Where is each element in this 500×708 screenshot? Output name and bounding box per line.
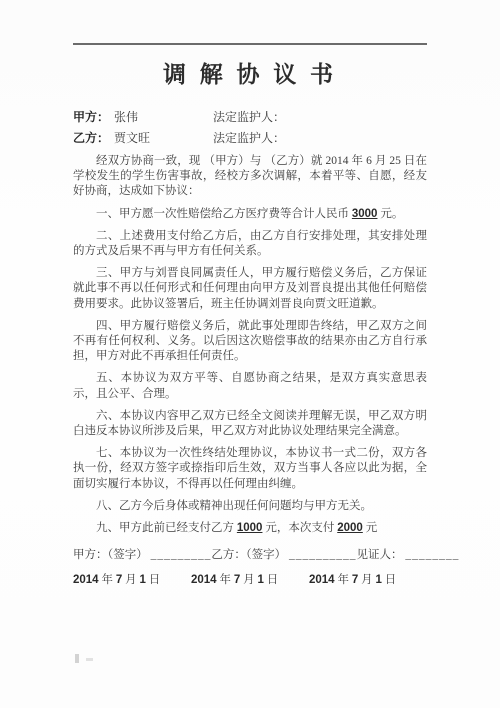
party-b-guardian-label: 法定监护人：	[213, 128, 285, 149]
sig-group-party-b: 乙方：（签字） __________	[211, 547, 356, 563]
emphasized-value: 2000	[337, 522, 363, 534]
party-a-guardian-label: 法定监护人：	[213, 107, 285, 128]
clause-paragraph: 一、甲方愿一次性赔偿给乙方医疗费等合计人民币 3000 元。	[73, 207, 427, 222]
intro-paragraph: 经双方协商一致，现 （甲方）与 （乙方）就 2014 年 6 月 25 日在学校…	[73, 154, 427, 200]
clause-paragraph: 五、本协议为双方平等、自愿协商之结果，是双方真实意思表示，且公平、合理。	[73, 371, 427, 401]
clause-text: 一、甲方愿一次性赔偿给乙方医疗费等合计人民币	[96, 208, 352, 220]
clause-paragraph: 八、乙方今后身体或精神出现任何问题均与甲方无关。	[73, 499, 427, 514]
date-text: 日	[264, 574, 278, 586]
document-content: 调 解 协 议 书 甲方：张伟 法定监护人： 乙方：贾文旺 法定监护人： 经双方…	[73, 56, 427, 588]
clause-paragraph: 七、本协议为一次性终结处理协议，本协议书一式二份，双方各执一份，经双方签字或捺指…	[73, 446, 427, 492]
clause-paragraph: 二、上述费用支付给乙方后，由乙方自行安排处理，其安排处理的方式及后果不再与甲方有…	[73, 229, 427, 259]
date-text: 月	[122, 574, 139, 586]
clause-text: 八、乙方今后身体或精神出现任何问题均与甲方无关。	[96, 500, 372, 512]
party-row-a: 甲方：张伟 法定监护人：	[73, 107, 427, 128]
sig-line-party-b: __________	[289, 549, 357, 561]
signature-row: 甲方：（签字） _________ 乙方：（签字） __________ 见证人…	[73, 547, 427, 563]
sig-label-party-b: 乙方：（签字）	[211, 549, 286, 561]
clause-text: 四、甲方履行赔偿义务后，就此事处理即告终结，甲乙双方之间不再有任何权利、义务。以…	[73, 320, 427, 362]
page-title: 调 解 协 议 书	[73, 56, 427, 94]
clause-text: 元。	[377, 208, 403, 220]
emphasized-value: 2014	[309, 574, 335, 586]
sig-group-witness: 见证人： ________	[357, 547, 460, 563]
party-b-name: 贾文旺	[114, 131, 150, 145]
clause-paragraph: 九、甲方此前已经支付乙方 1000 元，本次支付 2000 元	[73, 521, 427, 536]
emphasized-value: 2014	[191, 574, 217, 586]
clause-text: 元	[363, 522, 377, 534]
party-b-label: 乙方：	[73, 131, 109, 145]
date-text: 月	[358, 574, 375, 586]
date-text: 日	[146, 574, 160, 586]
clause-text: 二、上述费用支付给乙方后，由乙方自行安排处理，其安排处理的方式及后果不再与甲方有…	[73, 230, 427, 257]
clause-paragraph: 三、甲方与刘晋良同属责任人，甲方履行赔偿义务后，乙方保证就此事不再以任何形式和任…	[73, 266, 427, 312]
party-a-name: 张伟	[114, 110, 138, 124]
sig-line-party-a: _________	[151, 549, 212, 561]
top-rule	[73, 43, 427, 45]
date-text: 月	[240, 574, 257, 586]
clause-text: 六、本协议内容甲乙双方已经全文阅读并理解无误，甲乙双方明白违反本协议所涉及后果，…	[73, 410, 427, 437]
sig-label-witness: 见证人：	[357, 549, 403, 561]
sig-group-party-a: 甲方：（签字） _________	[73, 547, 211, 563]
date-text: 年	[335, 574, 352, 586]
emphasized-value: 1000	[237, 522, 263, 534]
document-page: 调 解 协 议 书 甲方：张伟 法定监护人： 乙方：贾文旺 法定监护人： 经双方…	[0, 0, 500, 708]
clause-paragraph: 六、本协议内容甲乙双方已经全文阅读并理解无误，甲乙双方明白违反本协议所涉及后果，…	[73, 409, 427, 439]
clause-text: 三、甲方与刘晋良同属责任人，甲方履行赔偿义务后，乙方保证就此事不再以任何形式和任…	[73, 267, 427, 309]
date-cell: 2014 年 7 月 1 日	[73, 572, 191, 588]
sig-label-party-a: 甲方：（签字）	[73, 549, 148, 561]
page-artifact	[73, 651, 95, 665]
clause-text: 五、本协议为双方平等、自愿协商之结果，是双方真实意思表示，且公平、合理。	[73, 372, 427, 399]
date-text: 日	[382, 574, 396, 586]
date-text: 年	[217, 574, 234, 586]
party-row-b: 乙方：贾文旺 法定监护人：	[73, 128, 427, 149]
date-cell: 2014 年 7 月 1 日	[191, 572, 309, 588]
clauses-container: 一、甲方愿一次性赔偿给乙方医疗费等合计人民币 3000 元。二、上述费用支付给乙…	[73, 207, 427, 537]
clause-paragraph: 四、甲方履行赔偿义务后，就此事处理即告终结，甲乙双方之间不再有任何权利、义务。以…	[73, 319, 427, 365]
emphasized-value: 2014	[73, 574, 99, 586]
party-a-label: 甲方：	[73, 110, 109, 124]
emphasized-value: 3000	[352, 208, 378, 220]
date-cell: 2014 年 7 月 1 日	[309, 572, 427, 588]
sig-line-witness: ________	[405, 549, 459, 561]
clause-text: 元，本次支付	[262, 522, 337, 534]
clause-text: 九、甲方此前已经支付乙方	[96, 522, 237, 534]
date-text: 年	[99, 574, 116, 586]
date-row: 2014 年 7 月 1 日2014 年 7 月 1 日2014 年 7 月 1…	[73, 572, 427, 588]
clause-text: 七、本协议为一次性终结处理协议，本协议书一式二份，双方各执一份，经双方签字或捺指…	[73, 447, 427, 489]
